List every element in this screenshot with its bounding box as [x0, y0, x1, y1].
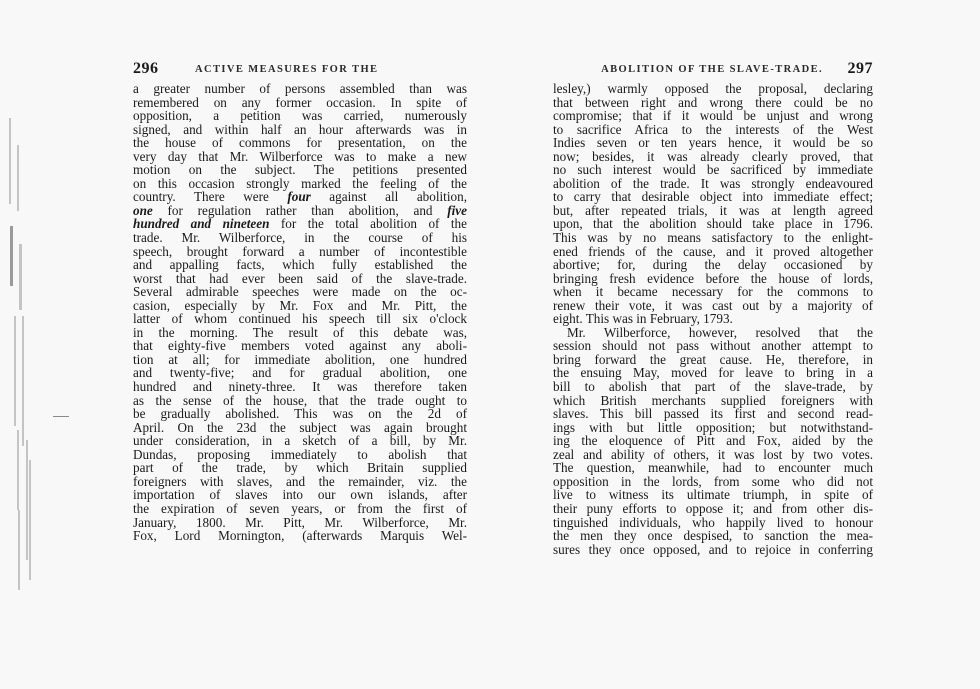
- running-head-title: ABOLITION OF THE SLAVE-TRADE.: [601, 61, 823, 79]
- text-line: lesley,) warmly opposed the proposal, de…: [553, 82, 873, 96]
- text-line: This was by no means satisfactory to the…: [553, 231, 873, 245]
- text-line: renew their vote, it was cast out by a m…: [553, 299, 873, 313]
- text-line: to sacrifice Africa to the interests of …: [553, 123, 873, 137]
- text-line: tinguished individuals, who happily live…: [553, 516, 873, 530]
- text-line: The question, meanwhile, had to encounte…: [553, 461, 873, 475]
- text-line: eight. This was in February, 1793.: [553, 312, 873, 326]
- text-line: the men they once despised, to sanction …: [553, 529, 873, 543]
- text-line: tion at all; for immediate abolition, on…: [133, 353, 467, 367]
- text-line: foreigners with slaves, and the remainde…: [133, 475, 467, 489]
- text-line: part of the trade, by which Britain supp…: [133, 461, 467, 475]
- text-line: hundred and ninety-three. It was therefo…: [133, 380, 467, 394]
- text-line: a greater number of persons assembled th…: [133, 82, 467, 96]
- text-line: to carry that desirable object into imme…: [553, 190, 873, 204]
- text-line: now; besides, it was already clearly pro…: [553, 150, 873, 164]
- bleed-mark: [18, 510, 20, 590]
- bleed-mark: [19, 244, 22, 310]
- text-line: abolition of the trade. It was strongly …: [553, 177, 873, 191]
- text-line: trade. Mr. Wilberforce, in the course of…: [133, 231, 467, 245]
- text-line: latter of whom continued his speech till…: [133, 312, 467, 326]
- text-line: Dundas, proposing immediately to abolish…: [133, 448, 467, 462]
- text-line: compromise; that if it would be unjust a…: [553, 109, 873, 123]
- text-line: worst that had ever been said of the sla…: [133, 272, 467, 286]
- bleed-mark: [22, 316, 24, 446]
- text-line: country. There were four against all abo…: [133, 190, 467, 204]
- page-number: 296: [133, 60, 159, 78]
- bleed-mark: [29, 460, 31, 580]
- text-line: bring forward the great cause. He, there…: [553, 353, 873, 367]
- text-line: motion on the subject. The petitions pre…: [133, 163, 467, 177]
- running-head: ABOLITION OF THE SLAVE-TRADE. 297: [553, 60, 873, 78]
- text-line: ings with but little opposition; but not…: [553, 421, 873, 435]
- running-head: 296 ACTIVE MEASURES FOR THE: [133, 60, 467, 78]
- body-text: lesley,) warmly opposed the proposal, de…: [553, 82, 873, 556]
- text-line: opposition in the lords, from some who d…: [553, 475, 873, 489]
- text-line: bringing fresh evidence before the house…: [553, 272, 873, 286]
- text-line: abortive; for, during the delay occasion…: [553, 258, 873, 272]
- text-line: importation of slaves into our own islan…: [133, 488, 467, 502]
- running-head-title: ACTIVE MEASURES FOR THE: [195, 61, 378, 79]
- bleed-mark: [14, 316, 16, 426]
- text-line: and twenty-five; and for gradual aboliti…: [133, 366, 467, 380]
- text-line: their puny efforts to oppose it; and fro…: [553, 502, 873, 516]
- text-line: slaves. This bill passed its first and s…: [553, 407, 873, 421]
- bleed-mark: [26, 440, 28, 560]
- text-line: one for regulation rather than abolition…: [133, 204, 467, 218]
- bleed-mark: [10, 226, 13, 286]
- text-line: the house of commons for presentation, o…: [133, 136, 467, 150]
- text-line: in the morning. The result of this debat…: [133, 326, 467, 340]
- text-line: but, after repeated trials, it was at le…: [553, 204, 873, 218]
- text-line: be gradually abolished. This was on the …: [133, 407, 467, 421]
- text-line: casion, especially by Mr. Fox and Mr. Pi…: [133, 299, 467, 313]
- text-line: and appalling facts, which fully establi…: [133, 258, 467, 272]
- text-line: bill to abolish that part of the slave-t…: [553, 380, 873, 394]
- text-line: under consideration, in a sketch of a bi…: [133, 434, 467, 448]
- text-line: Indies seven or ten years hence, it woul…: [553, 136, 873, 150]
- text-line: which British merchants supplied foreign…: [553, 394, 873, 408]
- text-line: ened friends of the cause, and it proved…: [553, 245, 873, 259]
- text-line: zeal and ability of others, it was lost …: [553, 448, 873, 462]
- text-line: on this occasion strongly marked the fee…: [133, 177, 467, 191]
- text-line: the expiration of seven years, or from t…: [133, 502, 467, 516]
- text-line: Fox, Lord Mornington, (afterwards Marqui…: [133, 529, 467, 543]
- text-line: live to witness its ultimate triumph, in…: [553, 488, 873, 502]
- scan-margin-bleed: [0, 0, 40, 689]
- text-line: hundred and nineteen for the total aboli…: [133, 217, 467, 231]
- text-line: Several admirable speeches were made on …: [133, 285, 467, 299]
- text-line: no such interest would be sacrificed by …: [553, 163, 873, 177]
- text-line: April. On the 23d the subject was again …: [133, 421, 467, 435]
- page-number: 297: [848, 60, 874, 78]
- text-line: when it became necessary for the commons…: [553, 285, 873, 299]
- bleed-mark: [17, 430, 19, 510]
- text-line: very day that Mr. Wilberforce was to mak…: [133, 150, 467, 164]
- text-line: Mr. Wilberforce, however, resolved that …: [553, 326, 873, 340]
- text-line: as the sense of the house, that the trad…: [133, 394, 467, 408]
- text-line: upon, that the abolition should take pla…: [553, 217, 873, 231]
- text-line: January, 1800. Mr. Pitt, Mr. Wilberforce…: [133, 516, 467, 530]
- text-line: signed, and within half an hour afterwar…: [133, 123, 467, 137]
- text-line: opposition, a petition was carried, nume…: [133, 109, 467, 123]
- text-line: ing the eloquence of Pitt and Fox, aided…: [553, 434, 873, 448]
- text-line: speech, brought forward a number of inco…: [133, 245, 467, 259]
- bleed-mark: [53, 416, 69, 417]
- bleed-mark: [17, 145, 19, 211]
- text-line: sures they once opposed, and to rejoice …: [553, 543, 873, 557]
- text-line: that between right and wrong there could…: [553, 96, 873, 110]
- text-line: the ensuing May, moved for leave to brin…: [553, 366, 873, 380]
- text-line: remembered on any former occasion. In sp…: [133, 96, 467, 110]
- body-text: a greater number of persons assembled th…: [133, 82, 467, 543]
- text-line: that eighty-five members voted against a…: [133, 339, 467, 353]
- text-line: session should not pass without another …: [553, 339, 873, 353]
- bleed-mark: [9, 118, 11, 204]
